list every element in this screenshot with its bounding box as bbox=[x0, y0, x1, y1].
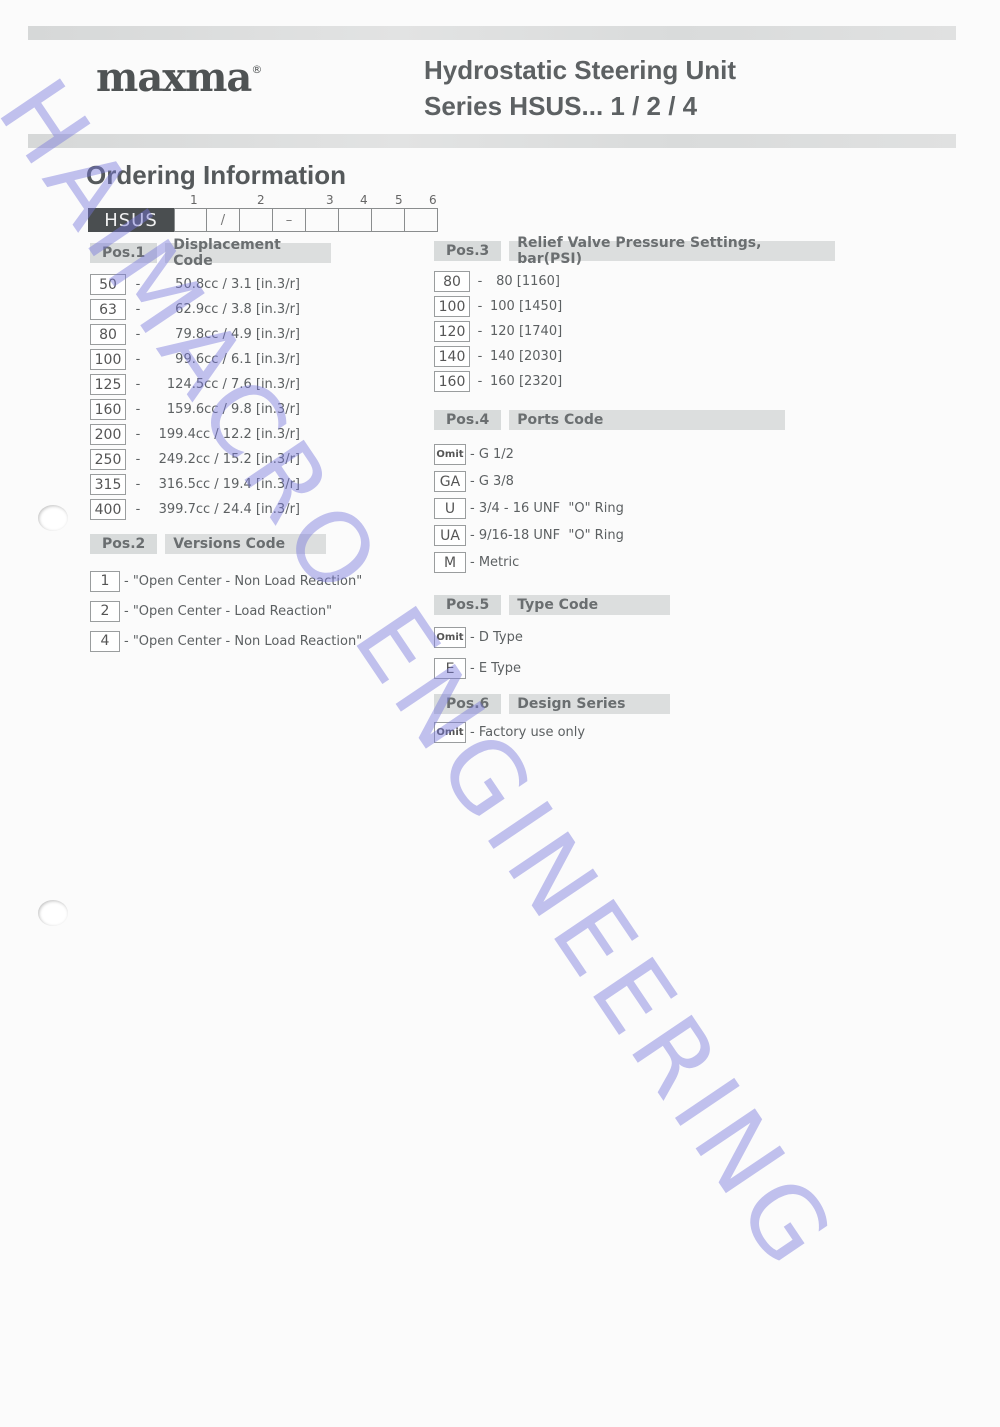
pos4-description: - 3/4 - 16 UNF "O" Ring bbox=[470, 501, 670, 516]
code-separator-slash: / bbox=[207, 208, 240, 232]
pos1-description: 199.4cc / 12.2 [in.3/r] bbox=[150, 427, 300, 442]
pos1-option: 200-199.4cc / 12.2 [in.3/r] bbox=[90, 422, 300, 447]
pos3-description: 120 [1740] bbox=[490, 324, 560, 339]
dash-separator: - bbox=[126, 477, 150, 492]
pos3-code-box: 100 bbox=[434, 296, 470, 317]
dash-separator: - bbox=[126, 352, 150, 367]
header-band-bottom bbox=[28, 134, 956, 148]
dash-separator: - bbox=[126, 502, 150, 517]
pos1-code-box: 63 bbox=[90, 299, 126, 320]
pos2-description: - "Open Center - Non Load Reaction" bbox=[124, 634, 384, 649]
pos1-description: 159.6cc / 9.8 [in.3/r] bbox=[150, 402, 300, 417]
pos1-code-box: 315 bbox=[90, 474, 126, 495]
pos1-option: 80-79.8cc / 4.9 [in.3/r] bbox=[90, 322, 300, 347]
pos1-option: 50-50.8cc / 3.1 [in.3/r] bbox=[90, 272, 300, 297]
pos1-option: 125-124.5cc / 7.6 [in.3/r] bbox=[90, 372, 300, 397]
pos3-option: 100-100 [1450] bbox=[434, 294, 560, 319]
pos1-description: 124.5cc / 7.6 [in.3/r] bbox=[150, 377, 300, 392]
maxma-logo: maxma® bbox=[96, 58, 261, 98]
pos1-description: 399.7cc / 24.4 [in.3/r] bbox=[150, 502, 300, 517]
pos4-code-box: GA bbox=[434, 471, 466, 492]
pos4-option: M- Metric bbox=[434, 549, 670, 576]
pos3-header: Pos.3 Relief Valve Pressure Settings, ba… bbox=[434, 241, 835, 261]
pos4-option: UA- 9/16-18 UNF "O" Ring bbox=[434, 522, 670, 549]
pos4-code-box: UA bbox=[434, 525, 466, 546]
pos1-option: 63-62.9cc / 3.8 [in.3/r] bbox=[90, 297, 300, 322]
dash-separator: - bbox=[470, 274, 490, 289]
dash-separator: - bbox=[126, 277, 150, 292]
pos5-description: - D Type bbox=[470, 630, 590, 645]
pos3-description: 140 [2030] bbox=[490, 349, 560, 364]
pos4-description: - G 1/2 bbox=[470, 447, 670, 462]
pos2-number: Pos.2 bbox=[90, 534, 157, 554]
pos5-label: Type Code bbox=[509, 595, 670, 615]
pos1-code-box: 125 bbox=[90, 374, 126, 395]
title-line-2: Series HSUS... 1 / 2 / 4 bbox=[424, 88, 736, 124]
pos5-code-box: Omit bbox=[434, 627, 466, 648]
pos6-list: Omit- Factory use only bbox=[434, 720, 630, 745]
pos3-description: 100 [1450] bbox=[490, 299, 560, 314]
pos3-code-box: 160 bbox=[434, 371, 470, 392]
pos1-list: 50-50.8cc / 3.1 [in.3/r]63-62.9cc / 3.8 … bbox=[90, 272, 300, 522]
pos3-code-box: 80 bbox=[434, 271, 470, 292]
pos4-option: Omit- G 1/2 bbox=[434, 441, 670, 468]
position-number-6: 6 bbox=[429, 193, 437, 207]
pos4-code-box: M bbox=[434, 552, 466, 573]
pos6-header: Pos.6 Design Series bbox=[434, 694, 670, 714]
title-line-1: Hydrostatic Steering Unit bbox=[424, 52, 736, 88]
pos1-option: 250-249.2cc / 15.2 [in.3/r] bbox=[90, 447, 300, 472]
position-number-1: 1 bbox=[190, 193, 198, 207]
pos5-option: Omit- D Type bbox=[434, 622, 590, 653]
pos1-description: 50.8cc / 3.1 [in.3/r] bbox=[150, 277, 300, 292]
pos2-option: 4- "Open Center - Non Load Reaction" bbox=[90, 626, 384, 656]
dash-separator: - bbox=[126, 427, 150, 442]
pos1-header: Pos.1 Displacement Code bbox=[90, 243, 331, 263]
pos1-description: 79.8cc / 4.9 [in.3/r] bbox=[150, 327, 300, 342]
dash-separator: - bbox=[126, 452, 150, 467]
pos1-description: 62.9cc / 3.8 [in.3/r] bbox=[150, 302, 300, 317]
pos1-code-box: 200 bbox=[90, 424, 126, 445]
position-number-4: 4 bbox=[360, 193, 368, 207]
pos1-code-box: 160 bbox=[90, 399, 126, 420]
pos2-code-box: 1 bbox=[90, 571, 120, 592]
ordering-code-table: HSUS / – bbox=[88, 208, 438, 232]
position-number-3: 3 bbox=[326, 193, 334, 207]
pos3-list: 80-80 [1160]100-100 [1450]120-120 [1740]… bbox=[434, 269, 560, 394]
dash-separator: - bbox=[470, 349, 490, 364]
pos4-description: - Metric bbox=[470, 555, 670, 570]
dash-separator: - bbox=[470, 299, 490, 314]
pos1-code-box: 250 bbox=[90, 449, 126, 470]
pos1-option: 160-159.6cc / 9.8 [in.3/r] bbox=[90, 397, 300, 422]
dash-separator: - bbox=[470, 324, 490, 339]
pos1-label: Displacement Code bbox=[165, 243, 331, 263]
pos4-option: U- 3/4 - 16 UNF "O" Ring bbox=[434, 495, 670, 522]
dash-separator: - bbox=[470, 374, 490, 389]
pos1-code-box: 400 bbox=[90, 499, 126, 520]
pos1-option: 315-316.5cc / 19.4 [in.3/r] bbox=[90, 472, 300, 497]
position-number-5: 5 bbox=[395, 193, 403, 207]
punch-hole-bottom bbox=[38, 900, 68, 926]
pos6-option: Omit- Factory use only bbox=[434, 720, 630, 745]
pos5-description: - E Type bbox=[470, 661, 590, 676]
pos5-header: Pos.5 Type Code bbox=[434, 595, 670, 615]
pos4-description: - 9/16-18 UNF "O" Ring bbox=[470, 528, 670, 543]
pos2-code-box: 2 bbox=[90, 601, 120, 622]
pos6-description: - Factory use only bbox=[470, 725, 630, 740]
pos3-option: 80-80 [1160] bbox=[434, 269, 560, 294]
pos4-header: Pos.4 Ports Code bbox=[434, 410, 785, 430]
pos2-code-box: 4 bbox=[90, 631, 120, 652]
pos5-option: E- E Type bbox=[434, 653, 590, 684]
pos2-option: 2- "Open Center - Load Reaction" bbox=[90, 596, 384, 626]
code-cell-pos4 bbox=[339, 208, 372, 232]
pos2-label: Versions Code bbox=[165, 534, 326, 554]
code-prefix: HSUS bbox=[88, 208, 174, 232]
punch-hole-top bbox=[38, 505, 68, 531]
dash-separator: - bbox=[126, 402, 150, 417]
pos2-header: Pos.2 Versions Code bbox=[90, 534, 326, 554]
pos4-label: Ports Code bbox=[509, 410, 785, 430]
code-cell-pos6 bbox=[405, 208, 438, 232]
code-separator-dash: – bbox=[273, 208, 306, 232]
code-cell-pos2 bbox=[240, 208, 273, 232]
pos3-option: 140-140 [2030] bbox=[434, 344, 560, 369]
pos4-number: Pos.4 bbox=[434, 410, 501, 430]
pos5-code-box: E bbox=[434, 658, 466, 679]
pos3-code-box: 140 bbox=[434, 346, 470, 367]
pos1-description: 249.2cc / 15.2 [in.3/r] bbox=[150, 452, 300, 467]
pos5-list: Omit- D TypeE- E Type bbox=[434, 622, 590, 684]
pos6-code-box: Omit bbox=[434, 722, 466, 743]
pos2-list: 1- "Open Center - Non Load Reaction"2- "… bbox=[90, 566, 384, 656]
pos3-option: 160-160 [2320] bbox=[434, 369, 560, 394]
pos4-code-box: U bbox=[434, 498, 466, 519]
pos4-list: Omit- G 1/2GA- G 3/8U- 3/4 - 16 UNF "O" … bbox=[434, 441, 670, 576]
pos1-code-box: 100 bbox=[90, 349, 126, 370]
position-number-2: 2 bbox=[257, 193, 265, 207]
code-cell-pos3 bbox=[306, 208, 339, 232]
pos3-description: 80 [1160] bbox=[490, 274, 560, 289]
header-band-top bbox=[28, 26, 956, 40]
pos1-code-box: 80 bbox=[90, 324, 126, 345]
pos1-description: 99.6cc / 6.1 [in.3/r] bbox=[150, 352, 300, 367]
dash-separator: - bbox=[126, 377, 150, 392]
pos4-option: GA- G 3/8 bbox=[434, 468, 670, 495]
pos3-description: 160 [2320] bbox=[490, 374, 560, 389]
pos1-code-box: 50 bbox=[90, 274, 126, 295]
pos1-number: Pos.1 bbox=[90, 243, 157, 263]
pos2-option: 1- "Open Center - Non Load Reaction" bbox=[90, 566, 384, 596]
code-cell-pos5 bbox=[372, 208, 405, 232]
pos3-label: Relief Valve Pressure Settings, bar(PSI) bbox=[509, 241, 835, 261]
document-title: Hydrostatic Steering Unit Series HSUS...… bbox=[424, 52, 736, 124]
pos4-description: - G 3/8 bbox=[470, 474, 670, 489]
code-cell-pos1 bbox=[174, 208, 207, 232]
pos1-description: 316.5cc / 19.4 [in.3/r] bbox=[150, 477, 300, 492]
pos5-number: Pos.5 bbox=[434, 595, 501, 615]
pos3-number: Pos.3 bbox=[434, 241, 501, 261]
pos3-option: 120-120 [1740] bbox=[434, 319, 560, 344]
ordering-information-heading: Ordering Information bbox=[86, 160, 346, 191]
dash-separator: - bbox=[126, 302, 150, 317]
pos1-option: 400-399.7cc / 24.4 [in.3/r] bbox=[90, 497, 300, 522]
pos2-description: - "Open Center - Load Reaction" bbox=[124, 604, 384, 619]
pos1-option: 100-99.6cc / 6.1 [in.3/r] bbox=[90, 347, 300, 372]
pos4-code-box: Omit bbox=[434, 444, 466, 465]
dash-separator: - bbox=[126, 327, 150, 342]
pos2-description: - "Open Center - Non Load Reaction" bbox=[124, 574, 384, 589]
pos6-label: Design Series bbox=[509, 694, 670, 714]
pos3-code-box: 120 bbox=[434, 321, 470, 342]
pos6-number: Pos.6 bbox=[434, 694, 501, 714]
